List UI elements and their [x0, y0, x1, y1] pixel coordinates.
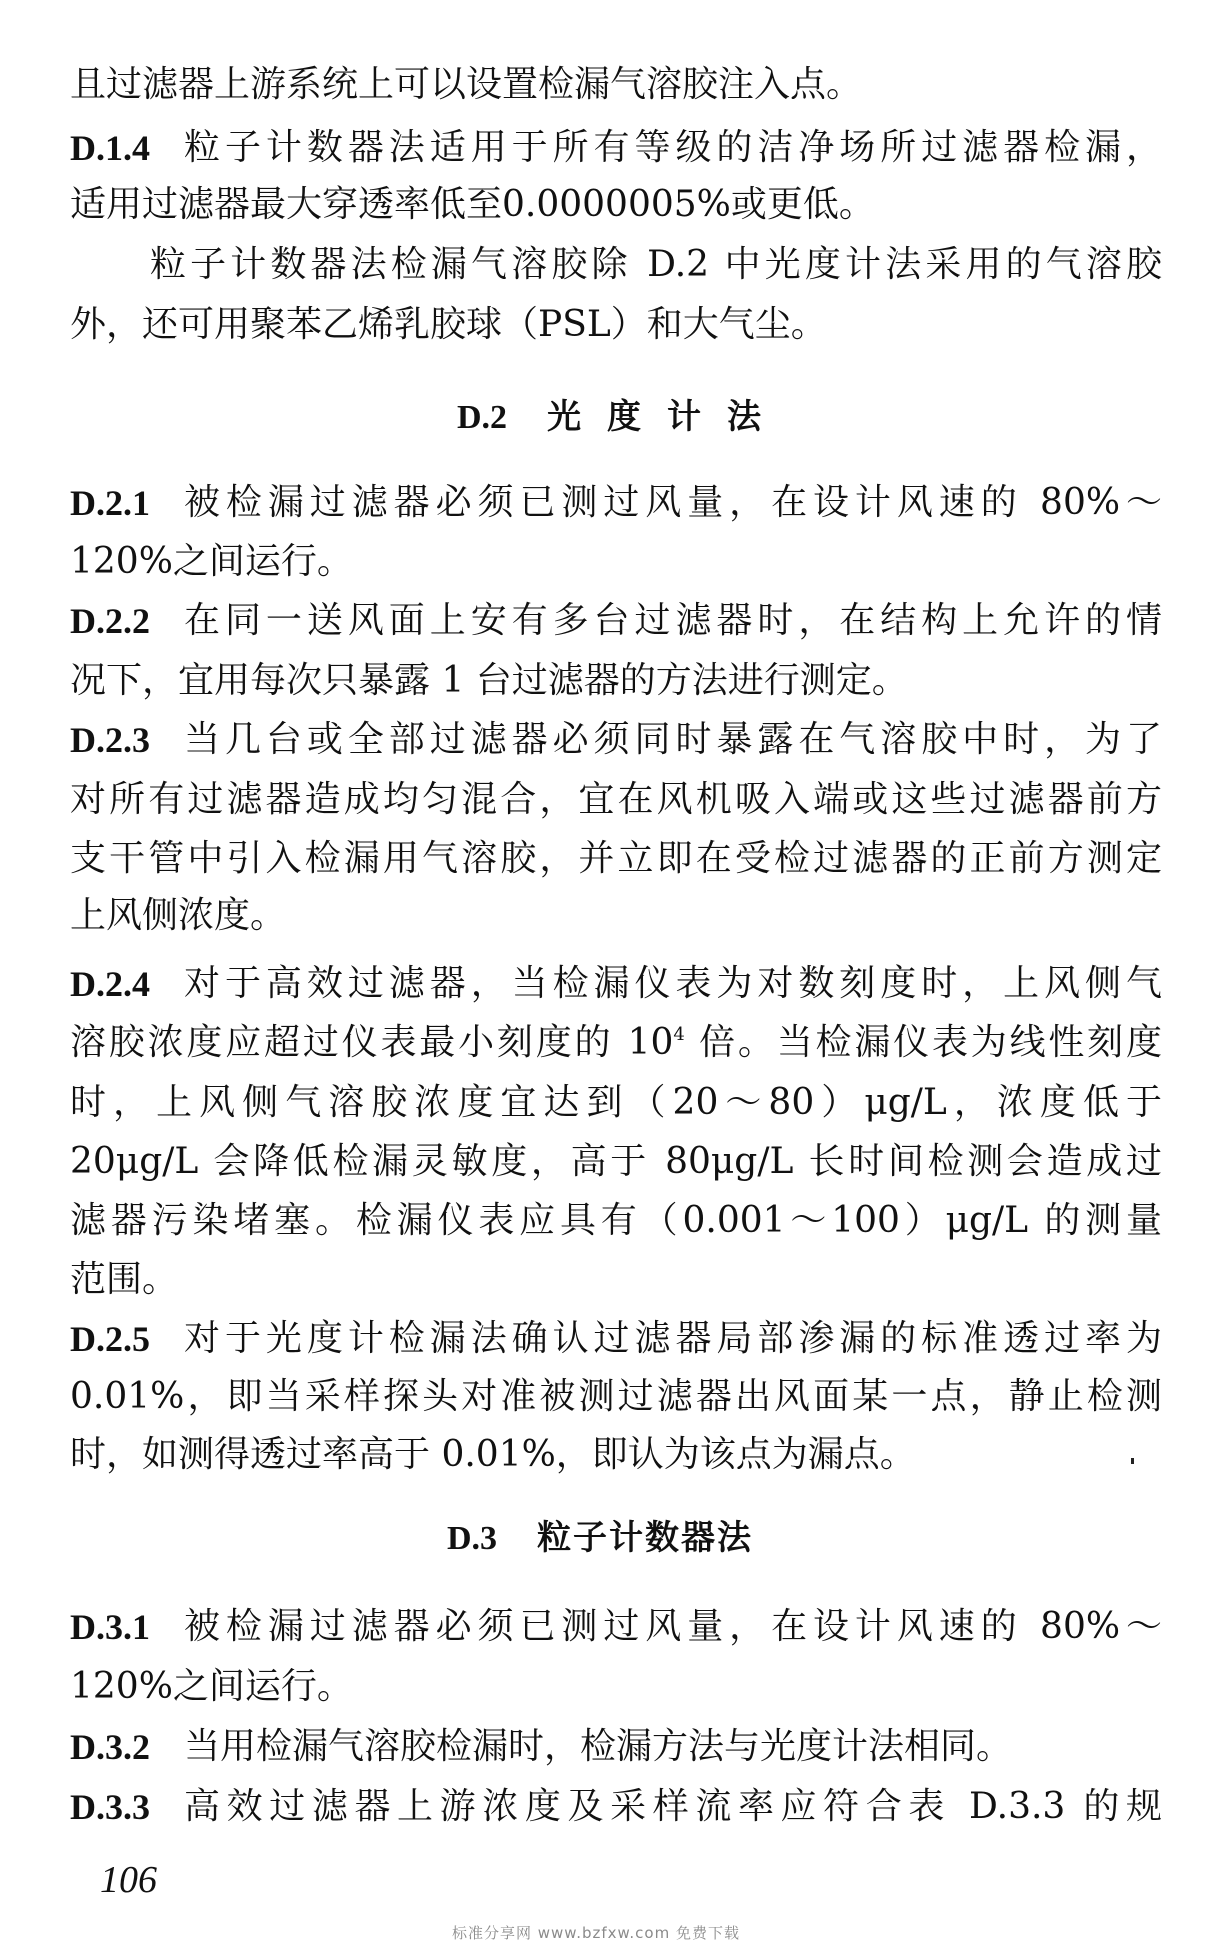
paragraph-text: 粒子计数器法适用于所有等级的洁净场所过滤器检漏， — [184, 124, 1162, 172]
paragraph-text: 适用过滤器最大穿透率低至0.0000005%或更低。 — [70, 181, 1162, 229]
paragraph-text: 溶胶浓度应超过仪表最小刻度的 104 倍。当检漏仪表为线性刻度 — [70, 1019, 1162, 1067]
text-line: 外，还可用聚苯乙烯乳胶球（PSL）和大气尘。 — [70, 301, 1162, 349]
clause-d-1-4: D.1.4 粒子计数器法适用于所有等级的洁净场所过滤器检漏， — [70, 124, 1162, 172]
text-line: 且过滤器上游系统上可以设置检漏气溶胶注入点。 — [70, 61, 1162, 109]
paragraph-text: 滤器污染堵塞。检漏仪表应具有（0.001～100）μg/L 的测量 — [70, 1197, 1162, 1245]
text-line: 20μg/L 会降低检漏灵敏度，高于 80μg/L 长时间检测会造成过 — [70, 1138, 1162, 1186]
text-fragment: 溶胶浓度应超过仪表最小刻度的 10 — [70, 1022, 673, 1063]
text-line: 120%之间运行。 — [70, 1663, 1162, 1711]
text-line: 0.01%，即当采样探头对准被测过滤器出风面某一点，静止检测 — [70, 1373, 1162, 1421]
clause-d-2-3: D.2.3 当几台或全部过滤器必须同时暴露在气溶胶中时，为了 — [70, 716, 1162, 764]
clause-number: D.2.4 — [70, 960, 150, 1008]
paragraph-text: 对于高效过滤器，当检漏仪表为对数刻度时，上风侧气 — [184, 960, 1162, 1008]
paragraph-text: 粒子计数器法检漏气溶胶除 D.2 中光度计法采用的气溶胶 — [150, 241, 1162, 289]
clause-d-3-2: D.3.2 当用检漏气溶胶检漏时，检漏方法与光度计法相同。 — [70, 1723, 1162, 1771]
clause-number: D.2.1 — [70, 479, 150, 527]
paragraph-text: 20μg/L 会降低检漏灵敏度，高于 80μg/L 长时间检测会造成过 — [70, 1138, 1162, 1186]
text-line: 滤器污染堵塞。检漏仪表应具有（0.001～100）μg/L 的测量 — [70, 1197, 1162, 1245]
text-line: 时，如测得透过率高于 0.01%，即认为该点为漏点。 — [70, 1431, 1162, 1479]
paragraph-text: 120%之间运行。 — [70, 1663, 1162, 1711]
scan-speck — [1131, 1458, 1134, 1464]
section-title: 光度计法 — [547, 397, 787, 437]
paragraph-text: 120%之间运行。 — [70, 538, 1162, 586]
text-line: 时，上风侧气溶胶浓度宜达到（20～80）μg/L，浓度低于 — [70, 1079, 1162, 1127]
paragraph-text: 当几台或全部过滤器必须同时暴露在气溶胶中时，为了 — [184, 716, 1162, 764]
paragraph-text: 况下，宜用每次只暴露 1 台过滤器的方法进行测定。 — [70, 657, 1162, 705]
clause-d-3-3: D.3.3 高效过滤器上游浓度及采样流率应符合表 D.3.3 的规 — [70, 1783, 1162, 1831]
paragraph-text: 时，上风侧气溶胶浓度宜达到（20～80）μg/L，浓度低于 — [70, 1079, 1162, 1127]
text-fragment: 倍。当检漏仪表为线性刻度 — [685, 1022, 1162, 1063]
text-line: 支干管中引入检漏用气溶胶，并立即在受检过滤器的正前方测定 — [70, 835, 1162, 883]
paragraph-text: 外，还可用聚苯乙烯乳胶球（PSL）和大气尘。 — [70, 301, 1162, 349]
paragraph-text: 当用检漏气溶胶检漏时，检漏方法与光度计法相同。 — [184, 1723, 1162, 1771]
clause-number: D.3.2 — [70, 1723, 150, 1771]
paragraph-text: 对于光度计检漏法确认过滤器局部渗漏的标准透过率为 — [184, 1315, 1162, 1363]
paragraph-text: 对所有过滤器造成均匀混合，宜在风机吸入端或这些过滤器前方 — [70, 776, 1162, 824]
text-line: 溶胶浓度应超过仪表最小刻度的 104 倍。当检漏仪表为线性刻度 — [70, 1019, 1162, 1067]
clause-d-3-1: D.3.1 被检漏过滤器必须已测过风量，在设计风速的 80%～ — [70, 1603, 1162, 1651]
clause-number: D.2.3 — [70, 716, 150, 764]
clause-number: D.3.3 — [70, 1783, 150, 1831]
clause-d-2-1: D.2.1 被检漏过滤器必须已测过风量，在设计风速的 80%～ — [70, 479, 1162, 527]
text-line: 上风侧浓度。 — [70, 892, 1162, 940]
page-number: 106 — [100, 1858, 157, 1902]
paragraph-text: 被检漏过滤器必须已测过风量，在设计风速的 80%～ — [184, 1603, 1162, 1651]
clause-number: D.1.4 — [70, 124, 150, 172]
text-line: 适用过滤器最大穿透率低至0.0000005%或更低。 — [70, 181, 1162, 229]
clause-d-2-2: D.2.2 在同一送风面上安有多台过滤器时，在结构上允许的情 — [70, 597, 1162, 645]
section-heading-d3: D.3粒子计数器法 — [447, 1514, 753, 1562]
clause-d-2-5: D.2.5 对于光度计检漏法确认过滤器局部渗漏的标准透过率为 — [70, 1315, 1162, 1363]
text-line: 对所有过滤器造成均匀混合，宜在风机吸入端或这些过滤器前方 — [70, 776, 1162, 824]
paragraph-text: 范围。 — [70, 1256, 1162, 1304]
clause-number: D.2.5 — [70, 1315, 150, 1363]
section-heading-d2: D.2光度计法 — [457, 393, 787, 441]
section-title: 粒子计数器法 — [537, 1518, 753, 1558]
clause-d-2-4: D.2.4 对于高效过滤器，当检漏仪表为对数刻度时，上风侧气 — [70, 960, 1162, 1008]
paragraph-text: 且过滤器上游系统上可以设置检漏气溶胶注入点。 — [70, 61, 1162, 109]
paragraph-text: 在同一送风面上安有多台过滤器时，在结构上允许的情 — [184, 597, 1162, 645]
section-number: D.3 — [447, 1520, 497, 1557]
text-line: 粒子计数器法检漏气溶胶除 D.2 中光度计法采用的气溶胶 — [150, 241, 1162, 289]
clause-number: D.2.2 — [70, 597, 150, 645]
paragraph-text: 支干管中引入检漏用气溶胶，并立即在受检过滤器的正前方测定 — [70, 835, 1162, 883]
section-number: D.2 — [457, 399, 507, 436]
text-line: 范围。 — [70, 1256, 1162, 1304]
text-line: 120%之间运行。 — [70, 538, 1162, 586]
watermark: 标准分享网 www.bzfxw.com 免费下载 — [452, 1922, 740, 1943]
paragraph-text: 被检漏过滤器必须已测过风量，在设计风速的 80%～ — [184, 479, 1162, 527]
paragraph-text: 时，如测得透过率高于 0.01%，即认为该点为漏点。 — [70, 1431, 1162, 1479]
paragraph-text: 高效过滤器上游浓度及采样流率应符合表 D.3.3 的规 — [184, 1783, 1162, 1831]
paragraph-text: 上风侧浓度。 — [70, 892, 1162, 940]
text-line: 况下，宜用每次只暴露 1 台过滤器的方法进行测定。 — [70, 657, 1162, 705]
superscript-exponent: 4 — [673, 1024, 684, 1045]
clause-number: D.3.1 — [70, 1603, 150, 1651]
paragraph-text: 0.01%，即当采样探头对准被测过滤器出风面某一点，静止检测 — [70, 1373, 1162, 1421]
